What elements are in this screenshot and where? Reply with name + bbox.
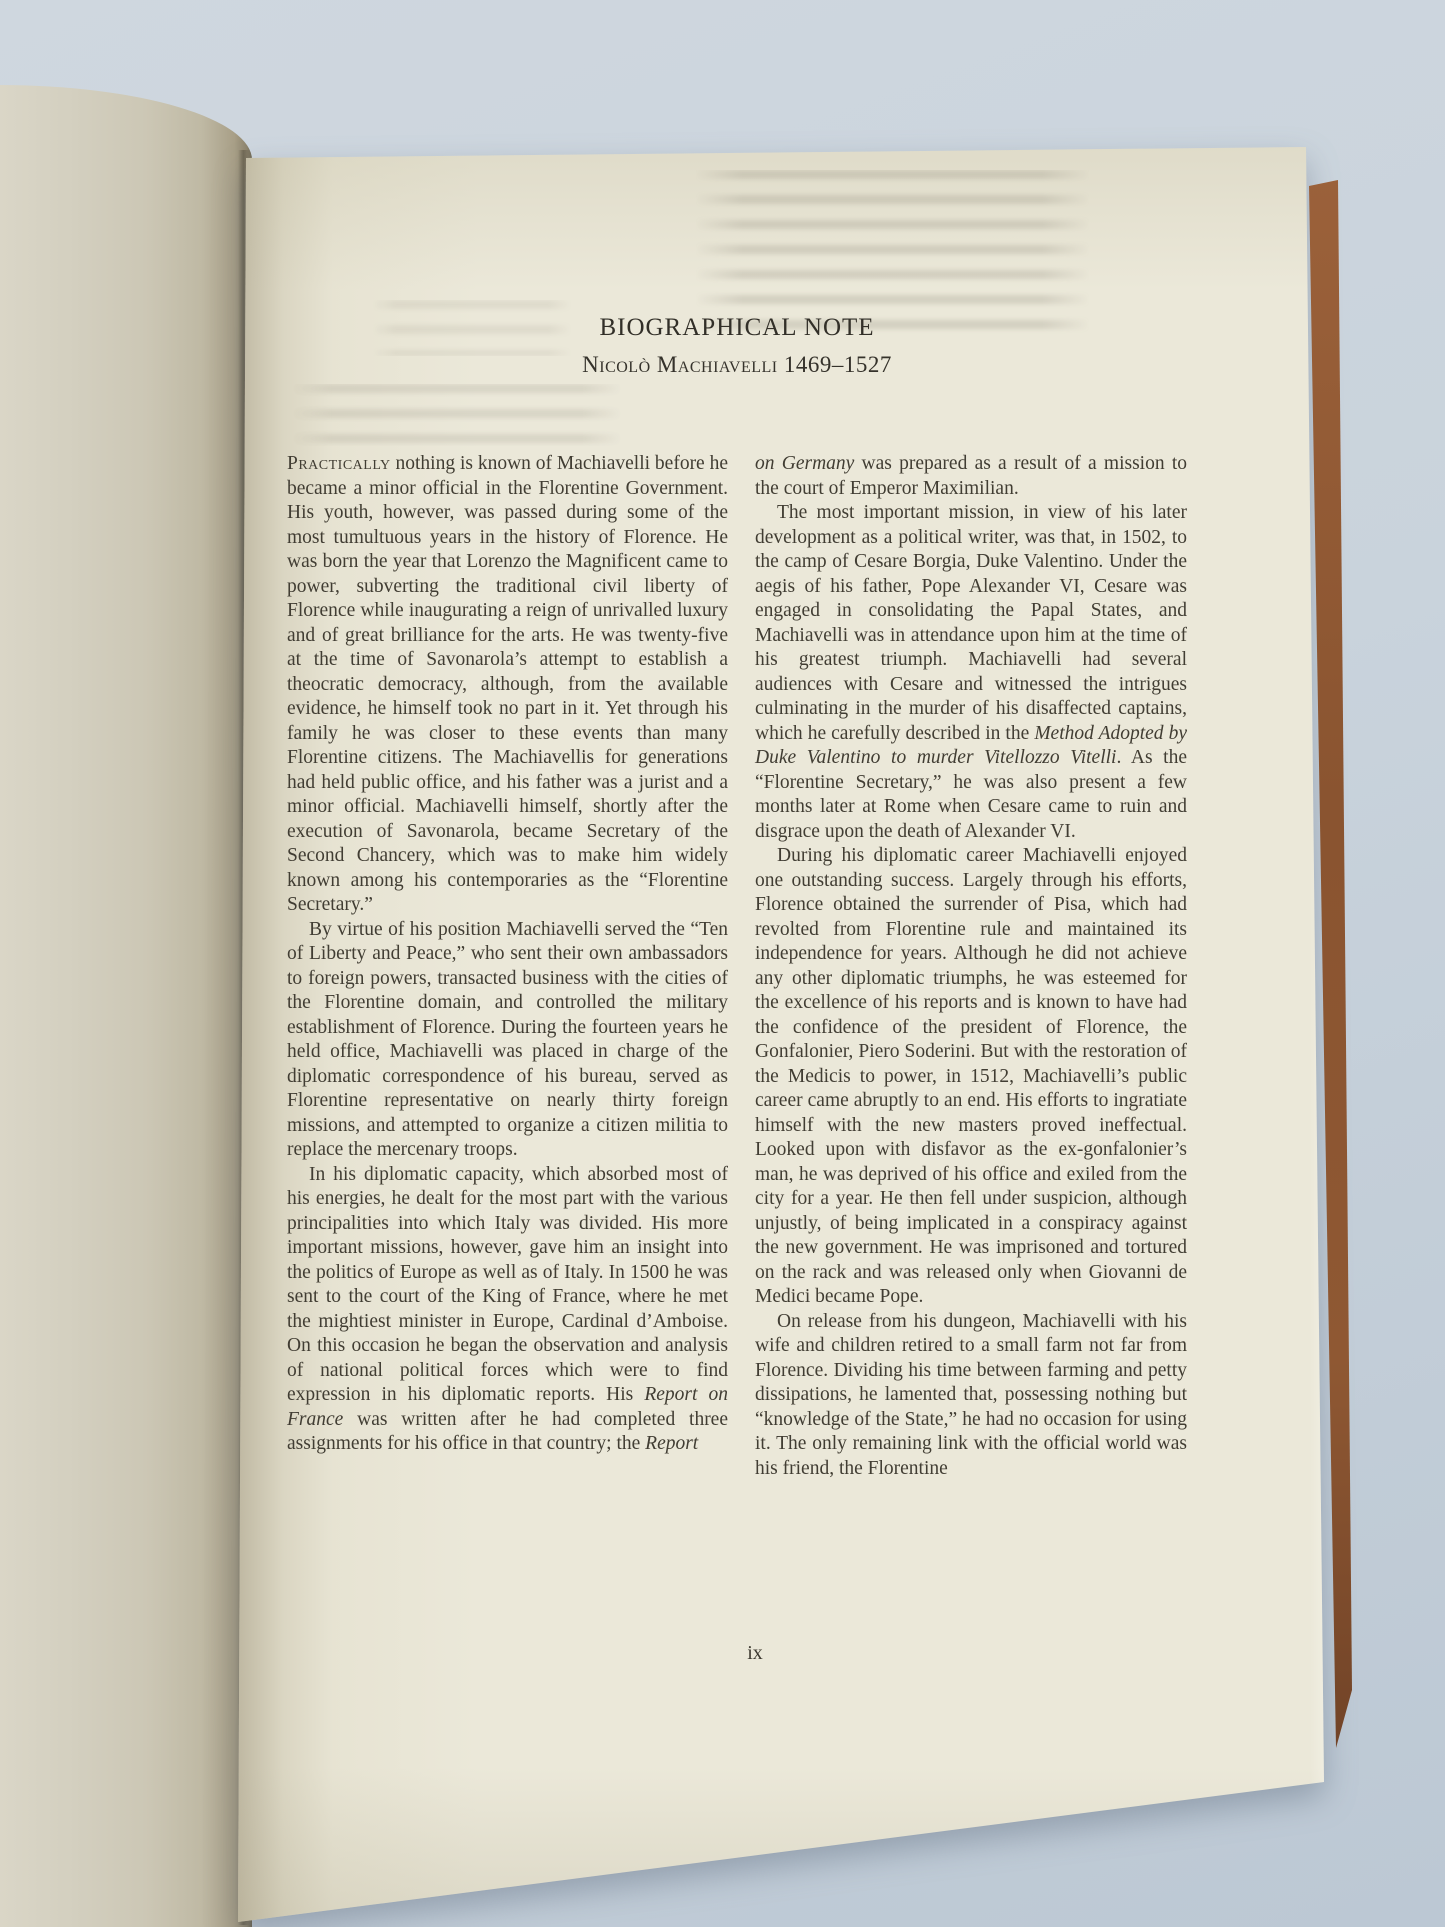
paragraph: In his diplomatic capacity, which absorb… — [287, 1163, 728, 1457]
text-columns: Practically nothing is known of Machiave… — [287, 452, 1187, 1481]
paragraph: Practically nothing is known of Machiave… — [287, 452, 728, 918]
paragraph: on Germany was prepared as a result of a… — [755, 452, 1187, 501]
left-column: Practically nothing is known of Machiave… — [287, 452, 728, 1481]
right-column: on Germany was prepared as a result of a… — [755, 452, 1187, 1481]
paragraph: On release from his dungeon, Machiavelli… — [755, 1310, 1187, 1482]
page-content: BIOGRAPHICAL NOTE Nicolò Machiavelli 146… — [0, 0, 1445, 1927]
book-photo: BIOGRAPHICAL NOTE Nicolò Machiavelli 146… — [0, 0, 1445, 1927]
page-subtitle: Nicolò Machiavelli 1469–1527 — [287, 352, 1187, 378]
paragraph: The most important mission, in view of h… — [755, 501, 1187, 844]
page-number: ix — [700, 1642, 810, 1665]
paragraph: By virtue of his position Machiavelli se… — [287, 918, 728, 1163]
paragraph: During his diplomatic career Machiavelli… — [755, 844, 1187, 1310]
page-title: BIOGRAPHICAL NOTE — [287, 314, 1187, 342]
